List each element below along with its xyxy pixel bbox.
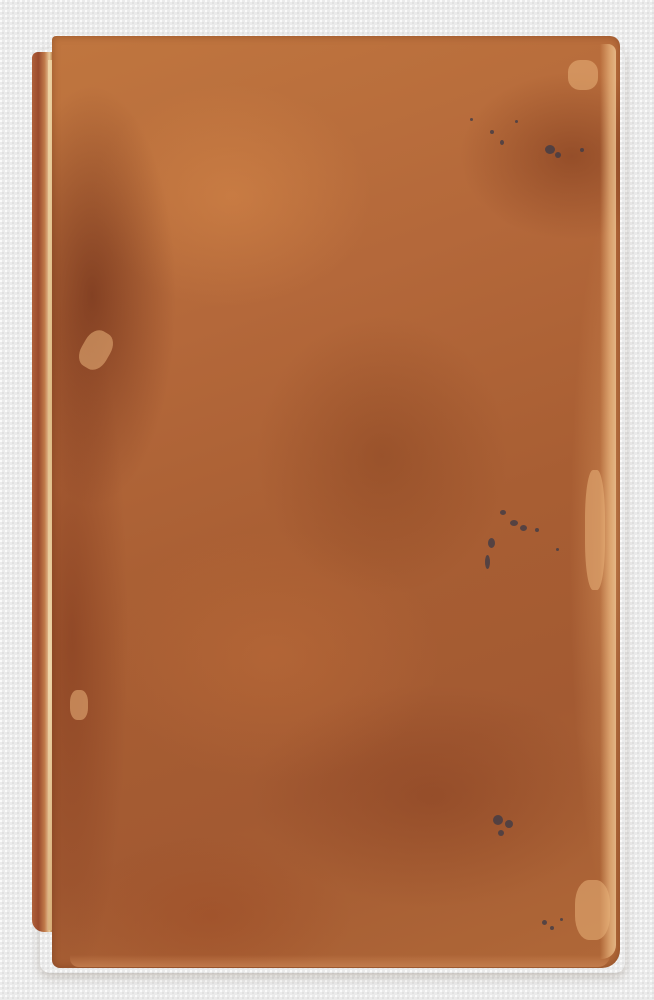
ink-spot [505, 820, 513, 828]
ink-spot [535, 528, 539, 532]
ink-spot [500, 510, 506, 515]
wear-patch [585, 470, 605, 590]
ink-spot [560, 918, 563, 921]
ink-spot [470, 118, 473, 121]
ink-spot [520, 525, 527, 531]
ink-spot [510, 520, 518, 526]
ink-spot [556, 548, 559, 551]
wear-patch [568, 60, 598, 90]
ink-spot [515, 120, 518, 123]
ink-spot [545, 145, 555, 154]
ink-spot [542, 920, 547, 925]
wear-patch [575, 880, 610, 940]
leather-cover [52, 36, 620, 968]
ink-spot [485, 555, 490, 569]
ink-spot [555, 152, 561, 158]
worn-bottom-edge [70, 955, 610, 967]
ink-spot [498, 830, 504, 836]
wear-patch [70, 690, 88, 720]
ink-spot [550, 926, 554, 930]
photo-scene [0, 0, 654, 1000]
ink-spot [500, 140, 504, 145]
ink-spot [488, 538, 495, 548]
ink-spot [493, 815, 503, 825]
ink-spot [490, 130, 494, 134]
ink-spot [580, 148, 584, 152]
